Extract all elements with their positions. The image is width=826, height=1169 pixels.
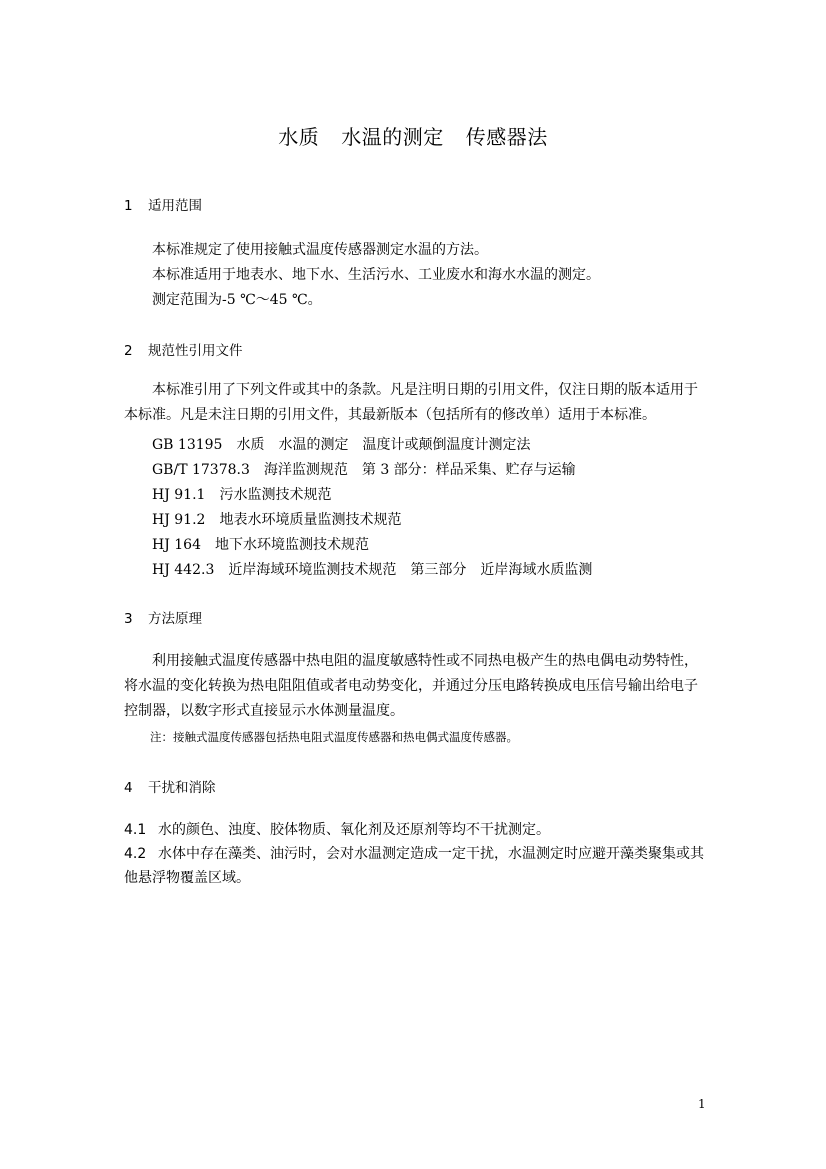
section-3-paragraph: 利用接触式温度传感器中热电阻的温度敏感特性或不同热电极产生的热电偶电动势特性，将… — [124, 649, 708, 724]
section-4-item-1: 4.1水的颜色、浊度、胶体物质、氧化剂及还原剂等均不干扰测定。 — [124, 818, 708, 842]
section-3-note: 注：接触式温度传感器包括热电阻式温度传感器和热电偶式温度传感器。 — [150, 729, 518, 745]
section-4-heading: 4干扰和消除 — [124, 776, 216, 796]
page-number: 1 — [698, 1097, 706, 1111]
section-1-paragraph-2: 本标准适用于地表水、地下水、生活污水、工业废水和海水水温的测定。 — [152, 264, 600, 284]
reference-item: HJ 164地下水环境监测技术规范 — [152, 534, 369, 554]
reference-item: HJ 442.3近岸海域环境监测技术规范 第三部分 近岸海域水质监测 — [152, 559, 592, 579]
section-1-paragraph-1: 本标准规定了使用接触式温度传感器测定水温的方法。 — [152, 239, 488, 259]
reference-item: HJ 91.2地表水环境质量监测技术规范 — [152, 509, 401, 529]
section-4-item-2: 4.2水体中存在藻类、油污时，会对水温测定造成一定干扰，水温测定时应避开藻类聚集… — [124, 842, 708, 890]
document-title: 水质水温的测定传感器法 — [0, 121, 826, 150]
section-1-paragraph-3: 测定范围为-5 ℃～45 ℃。 — [152, 289, 322, 309]
reference-item: HJ 91.1污水监测技术规范 — [152, 484, 331, 504]
title-part-2: 水温的测定 — [341, 125, 444, 149]
reference-item: GB 13195水质 水温的测定 温度计或颠倒温度计测定法 — [152, 434, 530, 454]
section-3-heading: 3方法原理 — [124, 607, 202, 627]
title-part-1: 水质 — [278, 125, 319, 149]
section-2-intro: 本标准引用了下列文件或其中的条款。凡是注明日期的引用文件，仅注日期的版本适用于本… — [124, 378, 708, 428]
section-1-heading: 1适用范围 — [124, 194, 202, 214]
section-2-heading: 2规范性引用文件 — [124, 339, 243, 359]
reference-item: GB/T 17378.3海洋监测规范 第 3 部分：样品采集、贮存与运输 — [152, 459, 576, 479]
title-part-3: 传感器法 — [466, 125, 548, 149]
document-page: 水质水温的测定传感器法 1适用范围 本标准规定了使用接触式温度传感器测定水温的方… — [0, 0, 826, 1169]
